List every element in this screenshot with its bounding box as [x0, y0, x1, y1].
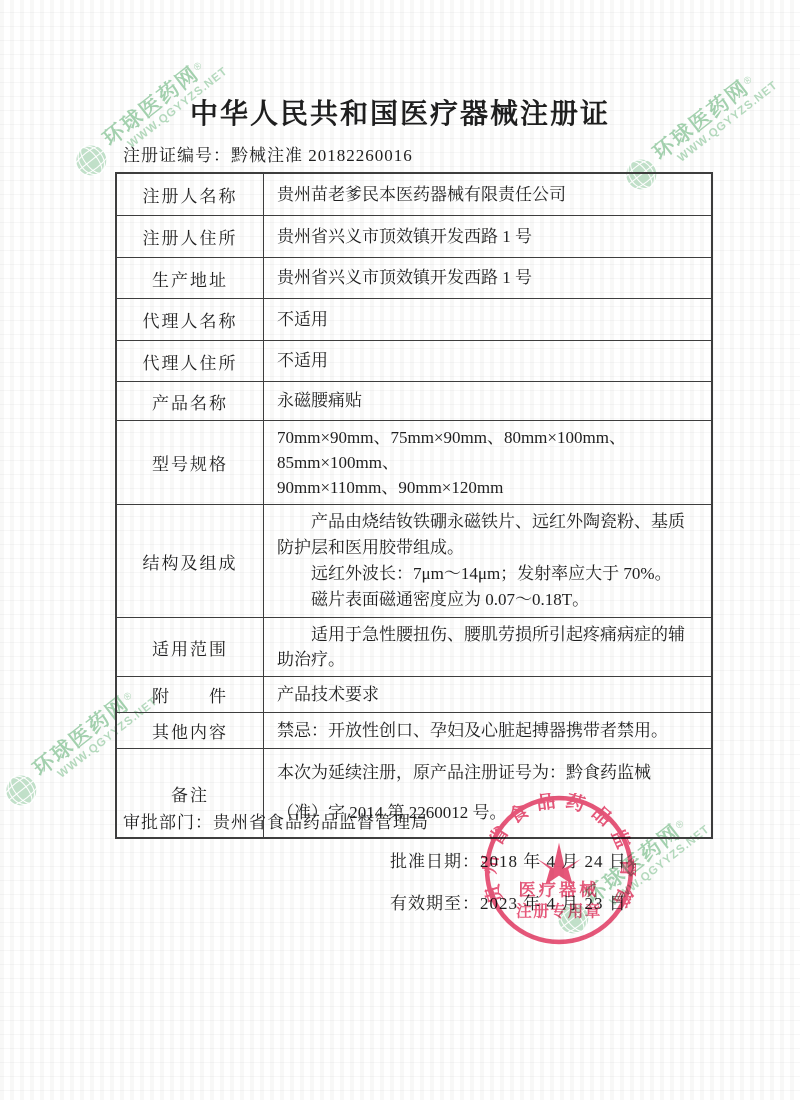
row-value: 不适用 [264, 299, 711, 340]
row-label: 代理人名称 [117, 299, 264, 340]
row-label: 生产地址 [117, 258, 264, 298]
globe-icon [66, 135, 117, 186]
row-label: 结构及组成 [117, 505, 264, 617]
expiry-date-label: 有效期至： [390, 894, 480, 913]
row-label: 附 件 [117, 677, 264, 712]
star-icon [537, 843, 581, 885]
approval-label: 审批部门： [123, 813, 213, 832]
row-value: 禁忌：开放性创口、孕妇及心脏起搏器携带者禁用。 [264, 713, 711, 748]
approval-value: 贵州省食品药品监督管理局 [213, 813, 429, 832]
table-row: 注册人名称贵州苗老爹民本医药器械有限责任公司 [117, 174, 711, 216]
table-row: 代理人住所不适用 [117, 341, 711, 382]
official-seal: 贵州省食品药品监督管理局 医疗器械 注册专用章 [482, 793, 636, 947]
row-label: 适用范围 [117, 618, 264, 676]
row-value: 贵州省兴义市顶效镇开发西路 1 号 [264, 258, 711, 298]
seal-line2: 注册专用章 [516, 902, 602, 921]
row-value: 永磁腰痛贴 [264, 382, 711, 420]
certificate-number-label: 注册证编号： [123, 146, 231, 165]
table-row: 结构及组成 产品由烧结钕铁硼永磁铁片、远红外陶瓷粉、基质 防护层和医用胶带组成。… [117, 505, 711, 618]
row-value: 贵州苗老爹民本医药器械有限责任公司 [264, 174, 711, 215]
row-label: 注册人住所 [117, 216, 264, 257]
seal-graphic: 贵州省食品药品监督管理局 医疗器械 注册专用章 [482, 793, 636, 947]
table-row: 注册人住所贵州省兴义市顶效镇开发西路 1 号 [117, 216, 711, 258]
table-row: 产品名称永磁腰痛贴 [117, 382, 711, 421]
table-row: 其他内容禁忌：开放性创口、孕妇及心脏起搏器携带者禁用。 [117, 713, 711, 749]
certificate-number: 注册证编号：黔械注准 20182260016 [123, 141, 413, 166]
row-value: 产品由烧结钕铁硼永磁铁片、远红外陶瓷粉、基质 防护层和医用胶带组成。 远红外波长… [264, 505, 711, 617]
seal-line1: 医疗器械 [518, 879, 599, 899]
row-value: 产品技术要求 [264, 677, 711, 712]
page-title: 中华人民共和国医疗器械注册证 [0, 92, 800, 132]
row-label: 型号规格 [117, 421, 264, 504]
approval-department: 审批部门：贵州省食品药品监督管理局 [123, 808, 429, 833]
row-value: 贵州省兴义市顶效镇开发西路 1 号 [264, 216, 711, 257]
approve-date-label: 批准日期： [390, 852, 480, 871]
row-label: 注册人名称 [117, 174, 264, 215]
row-label: 产品名称 [117, 382, 264, 420]
row-value: 70mm×90mm、75mm×90mm、80mm×100mm、85mm×100m… [264, 421, 711, 504]
row-label: 代理人住所 [117, 341, 264, 381]
table-row: 代理人名称不适用 [117, 299, 711, 341]
certificate-table: 注册人名称贵州苗老爹民本医药器械有限责任公司 注册人住所贵州省兴义市顶效镇开发西… [115, 172, 713, 839]
row-label: 其他内容 [117, 713, 264, 748]
row-value: 适用于急性腰扭伤、腰肌劳损所引起疼痛病症的辅 助治疗。 [264, 618, 711, 676]
table-row: 附 件产品技术要求 [117, 677, 711, 713]
certificate-number-value: 黔械注准 20182260016 [231, 146, 413, 165]
table-row: 适用范围 适用于急性腰扭伤、腰肌劳损所引起疼痛病症的辅 助治疗。 [117, 618, 711, 677]
table-row: 生产地址贵州省兴义市顶效镇开发西路 1 号 [117, 258, 711, 299]
globe-icon [0, 765, 47, 816]
table-row: 型号规格70mm×90mm、75mm×90mm、80mm×100mm、85mm×… [117, 421, 711, 505]
row-value: 不适用 [264, 341, 711, 381]
certificate-page: 环球医药网® WWW.QGYYZS.NET 环球医药网® WWW.QGYYZS.… [0, 0, 800, 1100]
